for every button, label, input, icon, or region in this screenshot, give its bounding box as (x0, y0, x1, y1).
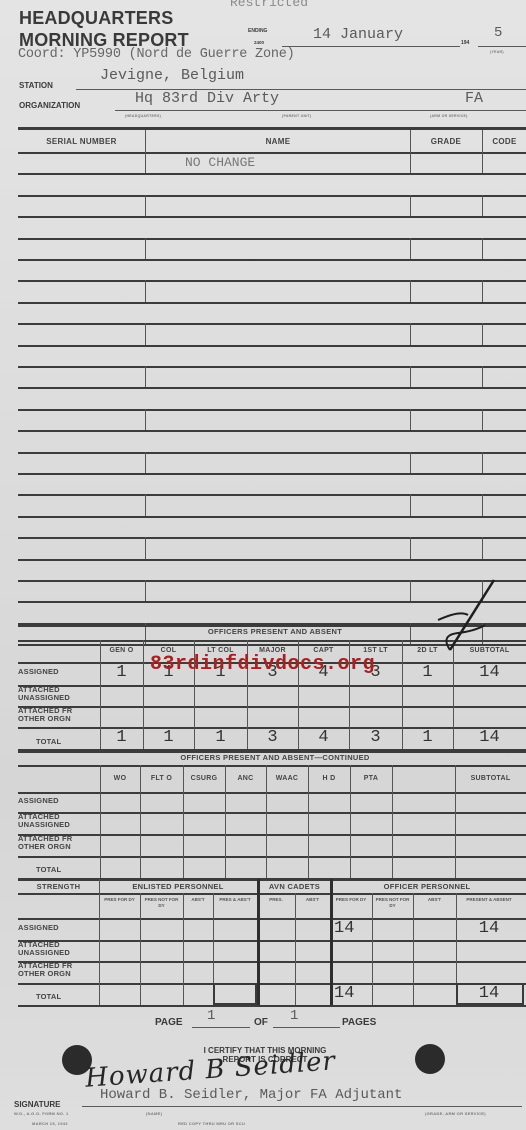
officers-title: OFFICERS PRESENT AND ABSENT (100, 627, 450, 636)
grid-value-cell: 1 (100, 728, 143, 747)
roster-col-divider (145, 280, 146, 302)
roster-row-line (18, 216, 526, 218)
grid-row-label: TOTAL (18, 738, 100, 746)
arm-value: FA (465, 90, 483, 107)
strength-subcolumn-header: PRES FOR DY (101, 897, 138, 903)
grid-header-cell: SUBTOTAL (455, 775, 526, 782)
signature-label: SIGNATURE (14, 1100, 61, 1109)
page-label: PAGE (155, 1017, 183, 1028)
strength-col-divider (295, 893, 296, 1005)
roster-col-divider (410, 537, 411, 559)
organization-value: Hq 83rd Div Arty (135, 90, 279, 107)
roster-col-divider (482, 152, 483, 173)
strength-col-divider (140, 893, 141, 1005)
grid-row-line (18, 792, 526, 794)
grid-value-cell: 1 (194, 728, 247, 747)
grid-header-cell: ANC (225, 775, 266, 782)
officers-continued-title: OFFICERS PRESENT AND ABSENT—CONTINUED (100, 753, 450, 762)
grid-value-cell: 1 (100, 663, 143, 682)
grid-value-cell: 3 (247, 728, 298, 747)
roster-first-entry: NO CHANGE (185, 155, 255, 170)
morning-report-document: Restricted HEADQUARTERS MORNING REPORT E… (0, 0, 526, 1130)
officer-total-box (456, 983, 524, 1005)
year-value: 5 (494, 25, 502, 41)
strength-subcolumn-header: ABS'T (185, 897, 211, 903)
roster-row-line (18, 302, 526, 304)
roster-row-line (18, 473, 526, 475)
form-date: MARCH 15, 1943 (32, 1121, 68, 1126)
watermark-text: 83rdinfdivdocs.org (150, 653, 375, 676)
grid-header-cell: CSURG (183, 775, 225, 782)
roster-col-divider (482, 195, 483, 216)
roster-row-line (18, 259, 526, 261)
roster-row-line (18, 494, 526, 496)
roster-row-line (18, 452, 526, 454)
roster-row-line (18, 152, 526, 154)
strength-row-line (18, 893, 526, 895)
roster-col-divider (145, 130, 146, 152)
roster-col-name: NAME (146, 137, 410, 146)
strength-subcolumn-header: PRES FOR DY (332, 897, 370, 903)
copy-note: RED COPY THRU MRU OR SCU (178, 1121, 245, 1126)
restricted-stamp: Restricted (230, 0, 308, 10)
enlisted-personnel-header: ENLISTED PERSONNEL (99, 882, 257, 891)
signature-typed-name: Howard B. Seidler, Major FA Adjutant (100, 1087, 402, 1103)
strength-col-divider (413, 893, 414, 1005)
strength-value-cell: 14 (334, 919, 376, 938)
punch-hole-right (415, 1044, 445, 1074)
grid-value-cell: 14 (453, 663, 526, 682)
date-underline (282, 46, 460, 47)
pages-label: PAGES (342, 1017, 376, 1028)
roster-col-divider (145, 494, 146, 516)
roster-row-line (18, 195, 526, 197)
strength-row-label: ATTACHED FR OTHER ORGN (18, 962, 99, 978)
total-pages: 1 (290, 1008, 298, 1024)
roster-col-grade: GRADE (411, 137, 481, 146)
year-underline (478, 46, 526, 47)
caption-grade: (GRADE, ARM OR SERVICE) (425, 1111, 486, 1116)
roster-col-divider (145, 238, 146, 259)
roster-col-divider (145, 580, 146, 601)
roster-row-line (18, 345, 526, 347)
organization-underline (115, 110, 526, 111)
roster-col-divider (482, 537, 483, 559)
strength-row-label: ASSIGNED (18, 924, 99, 932)
grid-header-cell: H D (308, 775, 350, 782)
ending-sub: 2400 (254, 40, 264, 45)
strength-subcolumn-header: PRES. (259, 897, 293, 903)
signature-underline (82, 1106, 522, 1107)
grid-row-label: ASSIGNED (18, 668, 100, 676)
grid-row-line (18, 856, 526, 858)
roster-col-divider (410, 366, 411, 387)
grid-row-label: ATTACHED UNASSIGNED (18, 686, 100, 702)
strength-row-line (18, 879, 526, 881)
strength-subcolumn-header: PRESENT & ABSENT (458, 897, 520, 903)
roster-col-divider (482, 323, 483, 345)
grid-row-label: TOTAL (18, 866, 100, 874)
roster-row-line (18, 537, 526, 539)
roster-col-divider (410, 494, 411, 516)
roster-col-divider (145, 409, 146, 430)
strength-row-line (18, 918, 526, 920)
roster-row-line (18, 387, 526, 389)
strength-row-label: TOTAL (18, 993, 99, 1001)
grid-row-label: ASSIGNED (18, 797, 100, 805)
grid-row-line (18, 751, 526, 753)
strength-subcolumn-header: ABS'T (415, 897, 454, 903)
roster-col-divider (410, 280, 411, 302)
strength-col-divider (99, 879, 100, 1005)
page-number: 1 (207, 1008, 215, 1024)
roster-row-line (18, 238, 526, 240)
roster-col-divider (482, 366, 483, 387)
year-caption: (YEAR) (490, 50, 504, 54)
strength-subcolumn-header: PRES NOT FOR DY (374, 897, 411, 909)
strength-subcolumn-header: ABS'T (297, 897, 328, 903)
roster-col-divider (482, 452, 483, 473)
roster-col-divider (145, 452, 146, 473)
roster-col-divider (482, 280, 483, 302)
grid-header-cell: GEN O (100, 647, 143, 654)
report-date: 14 January (313, 26, 403, 43)
strength-value-cell: 14 (334, 984, 376, 1003)
roster-row-line (18, 409, 526, 411)
handwritten-mark-icon (420, 575, 515, 655)
grid-row-label: ATTACHED FR OTHER ORGN (18, 835, 100, 851)
ending-label: ENDING (248, 28, 267, 34)
station-label: STATION (19, 81, 53, 90)
roster-col-divider (410, 323, 411, 345)
strength-row-line (18, 1005, 526, 1007)
avn-cadets-header: AVN CADETS (259, 882, 330, 891)
roster-col-divider (145, 195, 146, 216)
enlisted-total-box (213, 983, 257, 1005)
roster-row-line (18, 516, 526, 518)
grid-row-label: ATTACHED UNASSIGNED (18, 813, 100, 829)
grid-row-label: ATTACHED FR OTHER ORGN (18, 707, 100, 723)
roster-row-line (18, 430, 526, 432)
strength-row-line (18, 983, 526, 985)
strength-row-label: ATTACHED UNASSIGNED (18, 941, 99, 957)
roster-col-divider (482, 494, 483, 516)
caption-name: (NAME) (146, 1111, 162, 1116)
strength-value-cell: 14 (456, 919, 522, 938)
roster-col-divider (410, 195, 411, 216)
roster-col-divider (482, 130, 483, 152)
station-value: Jevigne, Belgium (100, 67, 244, 84)
roster-col-divider (410, 152, 411, 173)
roster-row-line (18, 280, 526, 282)
form-number: W.D., A.G.O. FORM NO. 1 (14, 1111, 69, 1116)
grid-header-cell: PTA (350, 775, 392, 782)
organization-label: ORGANIZATION (19, 101, 80, 110)
strength-subcolumn-header: PRES NOT FOR DY (142, 897, 181, 909)
roster-col-serial: SERIAL NUMBER (18, 137, 145, 146)
of-label: OF (254, 1017, 268, 1028)
roster-col-divider (145, 152, 146, 173)
grid-header-cell: FLT O (140, 775, 183, 782)
officer-personnel-header: OFFICER PERSONNEL (332, 882, 522, 891)
roster-row-line (18, 366, 526, 368)
caption-parent-unit: (PARENT UNIT) (282, 114, 312, 118)
roster-col-divider (145, 537, 146, 559)
grid-value-cell: 1 (402, 663, 453, 682)
page-underline (192, 1027, 250, 1028)
roster-row-line (18, 173, 526, 175)
strength-title: STRENGTH (18, 882, 99, 891)
title-headquarters: HEADQUARTERS (19, 8, 173, 29)
caption-headquarters: (HEADQUARTERS) (125, 114, 161, 118)
grid-col-divider (392, 765, 393, 878)
roster-col-code: CODE (483, 137, 526, 146)
roster-col-divider (145, 366, 146, 387)
roster-col-divider (482, 409, 483, 430)
grid-row-line (18, 765, 526, 767)
grid-header-cell: WAAC (266, 775, 308, 782)
grid-value-cell: 3 (349, 728, 402, 747)
roster-top-border (18, 127, 526, 130)
strength-col-divider (183, 893, 184, 1005)
year-prefix: 194 (461, 40, 469, 46)
grid-value-cell: 4 (298, 728, 349, 747)
grid-value-cell: 1 (143, 728, 194, 747)
roster-col-divider (145, 323, 146, 345)
roster-col-divider (482, 238, 483, 259)
roster-row-line (18, 323, 526, 325)
roster-col-divider (410, 452, 411, 473)
roster-col-divider (410, 130, 411, 152)
strength-subcolumn-header: PRES & ABS'T (215, 897, 255, 903)
grid-header-cell: WO (100, 775, 140, 782)
roster-col-divider (410, 238, 411, 259)
roster-col-divider (410, 580, 411, 601)
grid-value-cell: 1 (402, 728, 453, 747)
roster-col-divider (410, 409, 411, 430)
pages-underline (273, 1027, 340, 1028)
coordinates-line: Coord: YP5990 (Nord de Guerre Zone) (18, 47, 295, 62)
caption-arm-or-service: (ARM OR SERVICE) (430, 114, 468, 118)
roster-row-line (18, 559, 526, 561)
grid-value-cell: 14 (453, 728, 526, 747)
